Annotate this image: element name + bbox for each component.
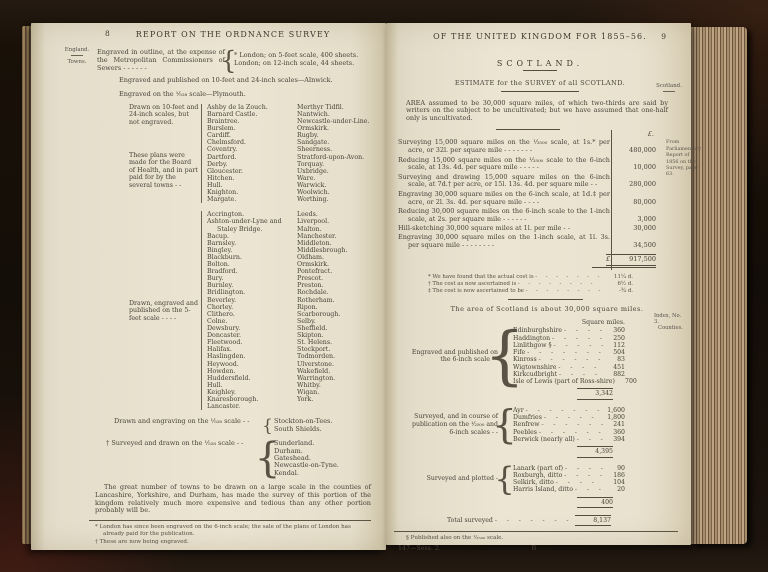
county-value: 112 [605, 342, 625, 349]
footnote: † These are now being engraved. [95, 539, 371, 546]
town-name: Hull. [207, 182, 297, 189]
county-value: 250 [605, 335, 625, 342]
town-name: Middlesbrough. [297, 247, 391, 254]
dash-leader [516, 281, 607, 288]
town-name: Ormskirk. [297, 261, 391, 268]
dash-leader [524, 407, 603, 414]
cost-footnote-label: † The cost as now ascertained is [428, 281, 516, 288]
brace-glyph [501, 327, 508, 385]
town-name: Todmorden. [297, 353, 391, 360]
dash-leader [493, 517, 575, 524]
town-name: Kendal. [274, 470, 339, 477]
area-paragraph: AREA assumed to be 30,000 square miles, … [398, 100, 668, 123]
town-name: Burnley. [207, 282, 297, 289]
estimate-description: Surveying 15,000 square miles on the ¹⁄₂… [398, 139, 610, 155]
town-name: Wakefield. [297, 368, 391, 375]
county-name: Selkirk, ditto [513, 479, 554, 486]
county-row: Linlithgow § 112 [513, 342, 625, 349]
town-name: Preston. [297, 282, 391, 289]
town-name: Dewsbury. [207, 325, 297, 332]
town-name: Keighley. [207, 389, 297, 396]
brace-glyph [264, 440, 271, 477]
town-name: Bacup. [207, 233, 297, 240]
cost-footnote-row: * We have found that the actual cost is … [428, 274, 633, 281]
county-value: 394 [605, 436, 625, 443]
sewers-items: * London; on 5-feet scale, 400 sheets. L… [234, 49, 358, 72]
town-name: Cardiff. [207, 132, 297, 139]
towns-columns: Accrington. Ashton-under-Lyne and Staley… [201, 211, 391, 410]
page-number-left: 8 [105, 30, 110, 39]
dash-leader [542, 414, 603, 421]
town-name: South Shields. [274, 426, 332, 433]
estimate-description: Reducing 30,000 square miles on the 6-in… [398, 208, 610, 224]
town-name: Leeds. [297, 211, 391, 218]
estimate-description: Hill-sketching 30,000 square miles at 1l… [398, 225, 610, 233]
dash-leader [540, 421, 603, 428]
town-name: Merthyr Tidfil. [297, 104, 391, 111]
sewers-label: Engraved in outline, at the expense of t… [97, 49, 225, 72]
county-rows: Lanark (part of) 90 Roxburgh, ditto 186 [508, 465, 625, 494]
county-name: Wigtownshire [513, 364, 556, 371]
dash-leader [537, 429, 603, 436]
town-name: Prescot. [297, 275, 391, 282]
left-running-head: 8 REPORT ON THE ORDNANCE SURVEY [95, 30, 371, 39]
stockton-label: Drawn and engraving on the ¹⁄₅₂₈ scale -… [114, 418, 264, 433]
county-value: 360 [605, 327, 625, 334]
town-name: Bridlington. [207, 289, 297, 296]
town-name: Bradford. [207, 268, 297, 275]
town-name: Bolton. [207, 261, 297, 268]
running-title-right: OF THE UNITED KINGDOM FOR 1855–56. [433, 32, 647, 41]
town-name: Chelmsford. [207, 139, 297, 146]
dash-leader [524, 288, 607, 295]
total-surveyed-row: Total surveyed 8,137 [447, 515, 611, 526]
county-group-engraved: Engraved and published on the 6-inch sca… [410, 327, 625, 385]
county-name: Peebles [513, 429, 537, 436]
town-name: Stratford-upon-Avon. [297, 154, 391, 161]
page-number-right: 9 [661, 32, 666, 41]
town-name: Bingley. [207, 247, 297, 254]
county-row: Roxburgh, ditto 186 [513, 472, 625, 479]
cost-footnote-row: ‡ The cost is now ascertained to be -¾ d… [428, 288, 633, 295]
town-name: Accrington. [207, 211, 297, 218]
town-name: Worthing. [297, 196, 391, 203]
estimate-row: Surveying 15,000 square miles on the ¹⁄₂… [398, 139, 656, 155]
town-name: Barnard Castle. [207, 111, 297, 118]
county-name: Renfrew [513, 421, 540, 428]
closing-paragraph: The great number of towns to be drawn on… [95, 484, 371, 515]
imprint-row: 147—Sess. 2. B [398, 545, 682, 553]
town-name: Lancaster. [207, 403, 297, 410]
town-name: Knighton. [207, 189, 297, 196]
town-name: Margate. [207, 196, 297, 203]
brace-glyph [264, 418, 271, 433]
counties-table: Square miles. Engraved and published on … [398, 319, 625, 526]
town-name: Knaresborough. [207, 396, 297, 403]
town-name: Ormskirk. [297, 125, 391, 132]
county-value: 241 [605, 421, 625, 428]
cost-footnote-row: † The cost as now ascertained is 6½ d. [428, 281, 633, 288]
town-name: Stockport. [297, 346, 391, 353]
towns-column-2: Merthyr Tidfil. Nantwich. Newcastle-unde… [297, 104, 391, 204]
dash-leader [562, 472, 603, 479]
stockton-entry: Drawn and engraving on the ¹⁄₅₂₈ scale -… [95, 418, 371, 433]
town-name: Barnsley. [207, 240, 297, 247]
town-name: Selby. [297, 318, 391, 325]
county-row: Wigtownshire 451 [513, 364, 625, 371]
town-name: Doncaster. [207, 332, 297, 339]
county-group-in-publication: Surveyed, and in course of publication o… [410, 407, 625, 443]
town-name: Skipton. [297, 332, 391, 339]
title-rule [523, 70, 557, 71]
sunderland-label: † Surveyed and drawn on the ¹⁄₅₂₈ scale … [106, 440, 264, 477]
town-name: Oldham. [297, 254, 391, 261]
town-name: Colne. [207, 318, 297, 325]
currency-header: £. [611, 131, 666, 139]
signature-mark: B [531, 545, 536, 553]
town-name: Haslingden. [207, 353, 297, 360]
county-row: Berwick (nearly all) 394 [513, 436, 625, 443]
town-name: Hull. [207, 382, 297, 389]
total-rule [592, 267, 656, 268]
plymouth-line: Engraved on the ¹⁄₅₂₈ scale—Plymouth. [119, 91, 371, 99]
towns-block-1: Drawn on 10-feet and 24-inch scales, but… [95, 104, 371, 204]
total-surveyed-value: 8,137 [575, 515, 611, 526]
book-spine-edge [22, 26, 31, 544]
towns-column-2: Leeds. Liverpool. Malton. Manchester. Mi… [297, 211, 391, 410]
county-subtotal: 400 [577, 497, 613, 508]
town-name: Pontefract. [297, 268, 391, 275]
county-value: 360 [605, 429, 625, 436]
county-rows: Edinburghshire 360 Haddington 250 [508, 327, 625, 385]
town-name: Ashby de la Zouch. [207, 104, 297, 111]
parliamentary-report-note: From Parliamentary Report of 1856 on the… [666, 139, 702, 177]
estimate-row: Surveying and drawing 15,000 square mile… [398, 174, 656, 190]
town-name: Coventry. [207, 146, 297, 153]
county-row: Selkirk, ditto 104 [513, 479, 625, 486]
dash-leader [534, 274, 607, 281]
town-name: Ulverstone. [297, 361, 391, 368]
town-name: Sandgate. [297, 139, 391, 146]
town-name: Warrington. [297, 375, 391, 382]
county-value: 1,600 [605, 407, 625, 414]
estimate-value: 30,000 [616, 225, 656, 233]
alnwick-line: Engraved and published on 10-feet and 24… [119, 77, 371, 85]
bottom-footnote: § Published also on the ¹⁄₂₅₀₀ scale. [406, 535, 682, 542]
town-name: Bury. [207, 275, 297, 282]
county-name: Harris Island, ditto [513, 486, 573, 493]
brace-glyph [501, 407, 508, 443]
county-value: 186 [605, 472, 625, 479]
county-name: Ayr [513, 407, 524, 414]
town-name: Dartford. [207, 154, 297, 161]
sunderland-items: Sunderland. Durham. Gateshead. Newcastle… [274, 440, 339, 477]
county-name: Fife [513, 349, 525, 356]
estimate-value: 80,000 [616, 199, 656, 207]
town-name: Chorley. [207, 304, 297, 311]
county-subtotal: 3,342 [577, 388, 613, 399]
town-name: Manchester. [297, 233, 391, 240]
book-photo: England. Towns. 8 REPORT ON THE ORDNANCE… [0, 0, 768, 572]
county-value: 700 [617, 378, 637, 385]
county-group-label: Surveyed, and in course of publication o… [410, 413, 501, 436]
dash-leader [573, 486, 603, 493]
estimate-value: 34,500 [616, 242, 656, 250]
town-name: Middleton. [297, 240, 391, 247]
margin-note-towns: Towns. [55, 59, 99, 65]
county-row: Dumfries 1,800 [513, 414, 625, 421]
town-name: Fleetwood. [207, 339, 297, 346]
county-name: Lanark (part of) [513, 465, 563, 472]
town-name: Burslem. [207, 125, 297, 132]
cost-footnotes: * We have found that the actual cost is … [428, 274, 633, 295]
town-name: St. Helens. [297, 339, 391, 346]
section-title-scotland: SCOTLAND. [398, 59, 682, 69]
town-name: Ripon. [297, 304, 391, 311]
running-title-left: REPORT ON THE ORDNANCE SURVEY [136, 30, 330, 39]
footnote: * London has since been engraved on the … [95, 524, 371, 538]
index-margin-note: Index, No. 3. [654, 313, 682, 325]
county-name: Roxburgh, ditto [513, 472, 562, 479]
estimate-value: 10,000 [616, 164, 656, 172]
stockton-items: Stockton-on-Tees. South Shields. [274, 418, 332, 433]
town-name: Clithero. [207, 311, 297, 318]
estimate-value: 3,000 [616, 216, 656, 224]
estimate-row: Engraving 30,000 square miles on the 1-i… [398, 234, 656, 250]
town-name: Rugby. [297, 132, 391, 139]
county-value: 882 [605, 371, 625, 378]
estimate-description: Reducing 15,000 square miles on the ¹⁄₂₅… [398, 157, 610, 173]
dash-leader [562, 327, 603, 334]
dash-leader [557, 371, 603, 378]
counties-margin-note: Counties. [658, 325, 683, 331]
town-name: Uxbridge. [297, 168, 391, 175]
dash-leader [556, 364, 603, 371]
county-value: 504 [605, 349, 625, 356]
town-name: Beverley. [207, 297, 297, 304]
sunderland-entry: † Surveyed and drawn on the ¹⁄₅₂₈ scale … [95, 440, 371, 477]
town-name: Derby. [207, 161, 297, 168]
county-row: Kinross 83 [513, 356, 625, 363]
town-name: Scarborough. [297, 311, 391, 318]
estimate-row: Reducing 15,000 square miles on the ¹⁄₂₅… [398, 157, 656, 173]
sewers-entry: Engraved in outline, at the expense of t… [97, 49, 371, 72]
estimate-description: Surveying and drawing 15,000 square mile… [398, 174, 610, 190]
cost-footnote-label: ‡ The cost is now ascertained to be [428, 288, 524, 295]
left-page-body: 8 REPORT ON THE ORDNANCE SURVEY Engraved… [95, 30, 371, 546]
towns-block-2-label: Drawn, engraved and published on the 5-f… [129, 300, 199, 322]
county-row: Harris Island, ditto 20 [513, 486, 625, 493]
town-name: Howden. [207, 368, 297, 375]
cost-footnote-label: * We have found that the actual cost is [428, 274, 534, 281]
county-row: Isle of Lewis (part of Ross-shire) 700 [513, 378, 625, 385]
dash-leader [525, 349, 603, 356]
town-name: Whitby. [297, 382, 391, 389]
town-name: Sheffield. [297, 325, 391, 332]
brace-glyph [501, 465, 508, 494]
county-name: Edinburghshire [513, 327, 562, 334]
town-name: Newcastle-under-Line. [297, 118, 391, 125]
estimate-table: £. From Parliamentary Report of 1856 on … [398, 139, 656, 268]
town-name: Wigan. [297, 389, 391, 396]
estimate-row: Hill-sketching 30,000 square miles at 1l… [398, 225, 656, 233]
town-name: Ashton-under-Lyne and Staley Bridge. [207, 218, 297, 232]
total-surveyed-label: Total surveyed [447, 517, 493, 524]
town-name: Halifax. [207, 346, 297, 353]
divider-rule [496, 129, 560, 130]
right-page-body: OF THE UNITED KINGDOM FOR 1855–56. 9 SCO… [398, 32, 682, 553]
page-right: Scotland. OF THE UNITED KINGDOM FOR 1855… [386, 23, 691, 545]
page-edges [691, 27, 747, 544]
estimate-column-rule [611, 130, 612, 270]
county-row: Haddington 250 [513, 335, 625, 342]
town-name: York. [297, 396, 391, 403]
town-name: Gloucester. [207, 168, 297, 175]
page-left: England. Towns. 8 REPORT ON THE ORDNANCE… [31, 23, 386, 550]
county-name: Isle of Lewis (part of Ross-shire) [513, 378, 615, 385]
brace-glyph [225, 49, 232, 72]
scotland-area-line: The area of Scotland is about 30,000 squ… [398, 306, 682, 314]
county-group-label: Surveyed and plotted - [410, 475, 501, 483]
town-name: Malton. [297, 226, 391, 233]
right-running-head: OF THE UNITED KINGDOM FOR 1855–56. 9 [398, 32, 682, 42]
county-value: 20 [605, 486, 625, 493]
towns-block-1-label-a: Drawn on 10-feet and 24-inch scales, but… [129, 104, 199, 126]
towns-column-1: Ashby de la Zouch. Barnard Castle. Brain… [207, 104, 297, 204]
county-value: 451 [605, 364, 625, 371]
town-name: Warwick. [297, 182, 391, 189]
county-row: Peebles 360 [513, 429, 625, 436]
town-name: Liverpool. [297, 218, 391, 225]
estimate-value: 480,000 [616, 147, 656, 155]
town-name: Braintree. [207, 118, 297, 125]
towns-block-2-labels: Drawn, engraved and published on the 5-f… [129, 211, 199, 410]
footnote-rule [89, 520, 371, 521]
sewers-item: London; on 12-inch scale, 44 sheets. [234, 60, 358, 68]
county-row: Edinburghshire 360 [513, 327, 625, 334]
county-name: Dumfries [513, 414, 542, 421]
estimate-description: Engraving 30,000 square miles on the 1-i… [398, 234, 610, 250]
town-name: Woolwich. [297, 189, 391, 196]
subtitle-rule [501, 91, 579, 92]
dash-leader [552, 342, 603, 349]
towns-column-1: Accrington. Ashton-under-Lyne and Staley… [207, 211, 297, 410]
town-name: Heywood. [207, 361, 297, 368]
estimate-total-row: £. 917,500 [606, 254, 656, 266]
dash-leader [563, 465, 603, 472]
county-rows: Ayr 1,600 Dumfries 1,800 [508, 407, 625, 443]
county-name: Kirkcudbright [513, 371, 557, 378]
town-name: Blackburn. [207, 254, 297, 261]
estimate-description: Engraving 30,000 square miles on the 6-i… [398, 191, 610, 207]
bottom-rule [394, 531, 678, 532]
cost-footnote-value: -¾ d. [607, 288, 633, 295]
county-row: Lanark (part of) 90 [513, 465, 625, 472]
left-margin-notes: England. Towns. [55, 47, 99, 65]
town-name: Ware. [297, 175, 391, 182]
county-value: 83 [605, 356, 625, 363]
towns-block-2: Drawn, engraved and published on the 5-f… [95, 211, 371, 410]
county-row: Kirkcudbright 882 [513, 371, 625, 378]
town-name: Sheerness. [297, 146, 391, 153]
margin-note-england: England. [55, 47, 99, 53]
estimate-row: Engraving 30,000 square miles on the 6-i… [398, 191, 656, 207]
dash-leader [550, 335, 603, 342]
county-name: Berwick (nearly all) [513, 436, 575, 443]
estimate-subtitle: ESTIMATE for the SURVEY of all SCOTLAND. [398, 80, 682, 88]
imprint: 147—Sess. 2. [398, 545, 441, 552]
county-name: Kinross [513, 356, 537, 363]
margin-note-rule [71, 55, 83, 56]
town-name: Rotherham. [297, 297, 391, 304]
county-row: Renfrew 241 [513, 421, 625, 428]
towns-block-1-labels: Drawn on 10-feet and 24-inch scales, but… [129, 104, 199, 204]
town-name: Nantwich. [297, 111, 391, 118]
county-row: Fife 504 [513, 349, 625, 356]
towns-columns: Ashby de la Zouch. Barnard Castle. Brain… [201, 104, 391, 204]
county-subtotal: 4,395 [577, 446, 613, 457]
county-value: 104 [605, 479, 625, 486]
left-footnotes: * London has since been engraved on the … [95, 524, 371, 545]
county-name: Linlithgow § [513, 342, 552, 349]
town-name: Hitchen. [207, 175, 297, 182]
town-name: Rochdale. [297, 289, 391, 296]
county-row: Ayr 1,600 [513, 407, 625, 414]
county-value: 1,800 [605, 414, 625, 421]
estimate-total-value: 917,500 [629, 256, 656, 264]
dash-leader [554, 479, 603, 486]
dash-leader [537, 356, 603, 363]
town-name: Huddersfield. [207, 375, 297, 382]
divider-rule [508, 299, 583, 300]
town-name: Torquay. [297, 161, 391, 168]
county-group-plotted: Surveyed and plotted - Lanark (part of) … [410, 465, 625, 494]
dash-leader [575, 436, 603, 443]
county-value: 90 [605, 465, 625, 472]
estimate-value: 280,000 [616, 181, 656, 189]
towns-block-1-label-b: These plans were made for the Board of H… [129, 152, 199, 189]
county-name: Haddington [513, 335, 550, 342]
estimate-row: Reducing 30,000 square miles on the 6-in… [398, 208, 656, 224]
